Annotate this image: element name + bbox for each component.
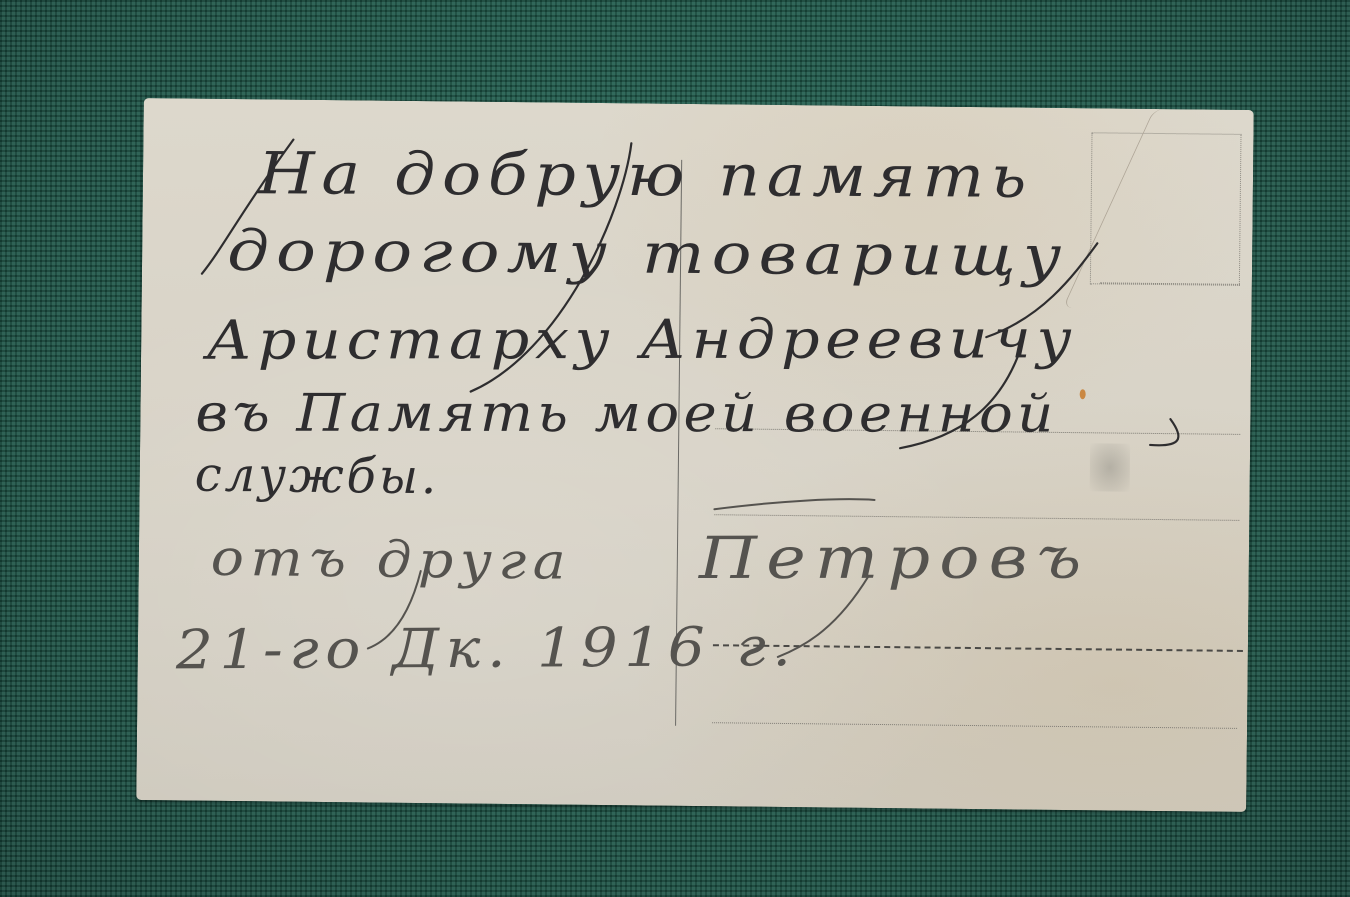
pen-flourishes bbox=[136, 98, 1254, 812]
postcard: На добрую память дорогому товарищу Арист… bbox=[136, 98, 1254, 812]
fabric-background: На добрую память дорогому товарищу Арист… bbox=[0, 0, 1350, 897]
